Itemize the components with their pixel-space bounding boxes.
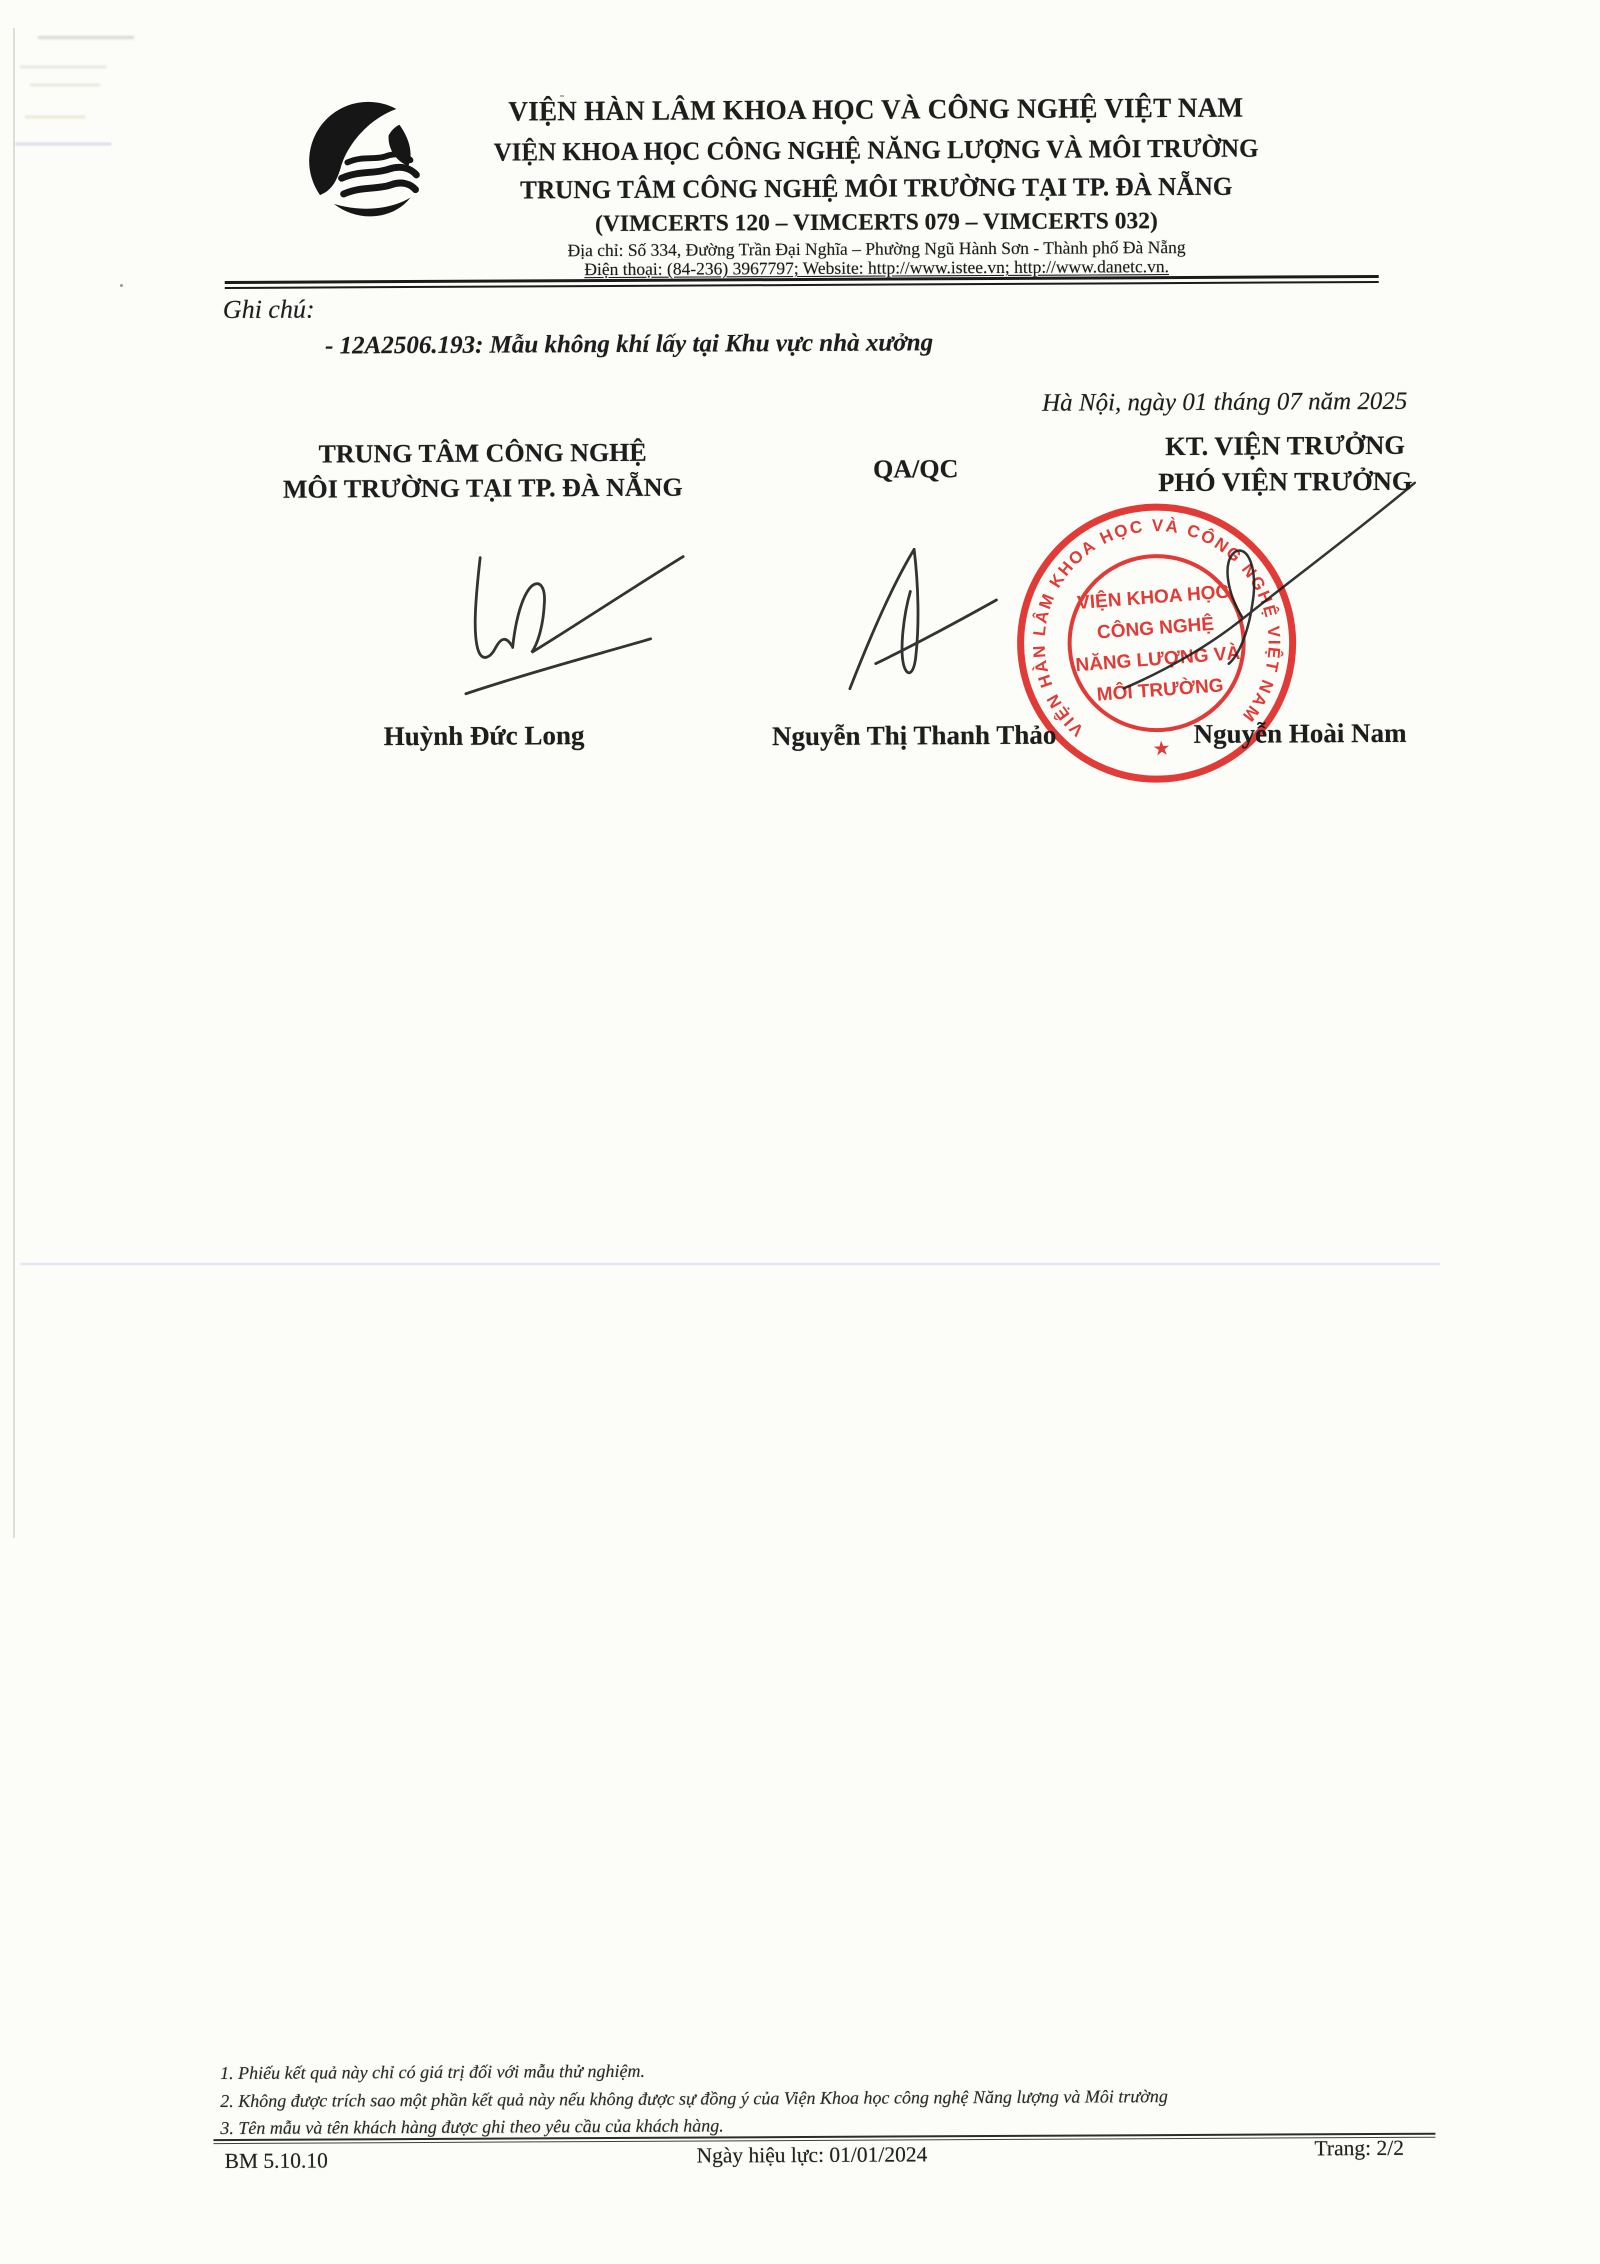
org-name-line2: VIỆN KHOA HỌC CÔNG NGHỆ NĂNG LƯỢNG VÀ MÔ…: [434, 128, 1317, 172]
signing-title-qaqc: QA/QC: [856, 454, 976, 485]
organization-logo: [302, 99, 433, 236]
stamp-center-line1: VIỆN KHOA HỌC: [1076, 581, 1230, 614]
stamp-center-line4: MÔI TRƯỜNG: [1096, 674, 1224, 705]
signature-nguyen-thi-thanh-thao: [849, 549, 997, 689]
signature-huynh-duc-long: [465, 557, 684, 694]
org-name-line3: TRUNG TÂM CÔNG NGHỆ MÔI TRƯỜNG TẠI TP. Đ…: [430, 167, 1323, 210]
signer-name-director: Nguyễn Hoài Nam: [1161, 718, 1439, 750]
stamp-center-line3: NĂNG LƯỢNG VÀ: [1075, 642, 1241, 676]
signing-title-center-line1: TRUNG TÂM CÔNG NGHỆ: [268, 435, 698, 472]
effective-date: Ngày hiệu lực: 01/01/2024: [696, 2142, 927, 2168]
footnote-1: 1. Phiếu kết quả này chỉ có giá trị đối …: [220, 2061, 645, 2084]
signing-title-director-line1: KT. VIỆN TRƯỞNG: [1133, 427, 1438, 465]
note-item-sample: - 12A2506.193: Mẫu không khí lấy tại Khu…: [325, 329, 933, 360]
notes-label: Ghi chú:: [223, 295, 315, 325]
org-certifications: (VIMCERTS 120 – VIMCERTS 079 – VIMCERTS …: [416, 205, 1336, 241]
footnote-2: 2. Không được trích sao một phần kết quả…: [220, 2086, 1168, 2112]
stamp-center-line2: CÔNG NGHỆ: [1096, 613, 1215, 644]
place-and-date-line: Hà Nội, ngày 01 tháng 07 năm 2025: [897, 388, 1407, 419]
page-indicator: Trang: 2/2: [1314, 2136, 1404, 2161]
header-divider-rule: [225, 275, 1379, 289]
letterhead: VIỆN HÀN LÂM KHOA HỌC VÀ CÔNG NGHỆ VIỆT …: [416, 87, 1337, 280]
signing-title-center: TRUNG TÂM CÔNG NGHỆ MÔI TRƯỜNG TẠI TP. Đ…: [268, 435, 698, 507]
form-code: BM 5.10.10: [225, 2148, 328, 2174]
signer-name-qaqc: Nguyễn Thị Thanh Thảo: [749, 720, 1079, 753]
org-name-line1: VIỆN HÀN LÂM KHOA HỌC VÀ CÔNG NGHỆ VIỆT …: [430, 87, 1323, 133]
footnote-3: 3. Tên mẫu và tên khách hàng được ghi th…: [220, 2115, 723, 2139]
scanned-document-page: VIỆN HÀN LÂM KHOA HỌC VÀ CÔNG NGHỆ VIỆT …: [0, 0, 1600, 2264]
official-red-stamp: VIỆN HÀN LÂM KHOA HỌC VÀ CÔNG NGHỆ VIỆT …: [996, 482, 1318, 804]
signer-name-center: Huỳnh Đức Long: [329, 720, 639, 753]
signing-title-center-line2: MÔI TRƯỜNG TẠI TP. ĐÀ NẴNG: [268, 470, 698, 507]
